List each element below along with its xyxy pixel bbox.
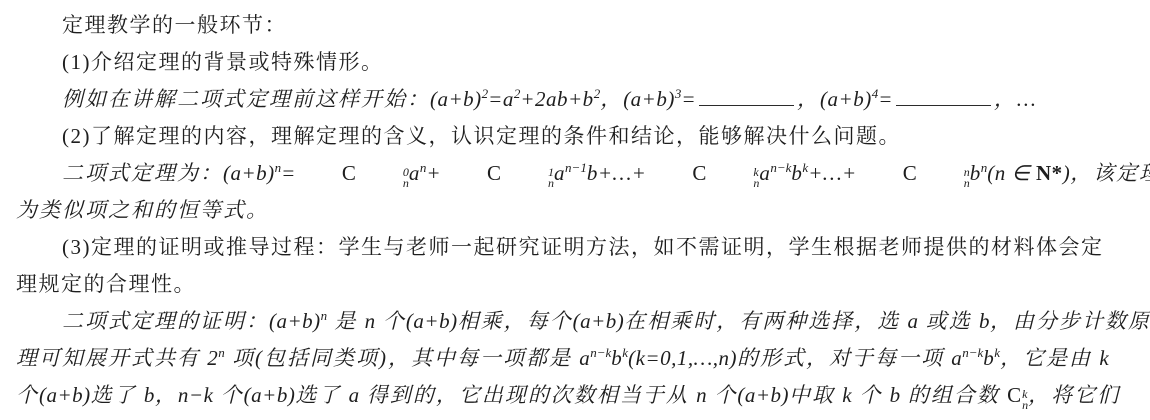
text-run: (2)了解定理的内容，理解定理的含义，认识定理的条件和结论，能够解决什么问题。 — [62, 124, 901, 148]
math-run: (a+b) — [269, 309, 321, 333]
text-run: 二项式定理为： — [62, 161, 223, 185]
superscript: n−k — [770, 160, 791, 175]
math-run: (n ∈ — [987, 161, 1036, 185]
math-run: +…+ — [598, 161, 647, 185]
math-run: (a+b) — [623, 87, 675, 111]
text-run: 或选 — [919, 309, 980, 333]
text-run: ，… — [994, 87, 1038, 111]
document-line-1: 定理教学的一般环节： — [16, 7, 1140, 44]
document-line-10: 理可知展开式共有 2n 项(包括同类项)，其中每一项都是 an−kbk(k=0,… — [16, 340, 1140, 377]
math-run: (a+b) — [737, 383, 789, 407]
text-run: 定理教学的一般环节： — [62, 13, 287, 37]
document-line-9: 二项式定理的证明：(a+b)n 是 n 个(a+b)相乘，每个(a+b)在相乘时… — [16, 303, 1140, 340]
text-run: 理规定的合理性。 — [16, 272, 196, 296]
math-run: b — [791, 161, 802, 185]
math-run: b — [611, 346, 622, 370]
math-run: b — [970, 161, 981, 185]
text-run: 在相乘时，有两种选择，选 — [624, 309, 907, 333]
document-line-7: (3)定理的证明或推导过程：学生与老师一起研究证明方法，如不需证明，学生根据老师… — [16, 229, 1140, 266]
combination-symbol: Cnn — [857, 155, 970, 192]
math-run: a — [759, 161, 770, 185]
math-run: (a+b) — [39, 383, 91, 407]
text-run: ，该定理给出两个数之和的整数次幂展开 — [1070, 161, 1150, 185]
math-run: b — [979, 309, 990, 333]
document-line-3: 例如在讲解二项式定理前这样开始：(a+b)2=a2+2ab+b2，(a+b)3=… — [16, 81, 1140, 118]
math-run: b — [587, 161, 598, 185]
text-run: 个 — [376, 309, 406, 333]
document-page: 定理教学的一般环节： (1)介绍定理的背景或特殊情形。 例如在讲解二项式定理前这… — [0, 0, 1150, 420]
fill-in-blank — [699, 103, 794, 106]
math-run: (k=0,1,…,n) — [628, 346, 737, 370]
math-run: b — [890, 383, 901, 407]
math-run: a — [951, 346, 962, 370]
math-run: (a+b) — [573, 309, 625, 333]
math-run: 2 — [207, 346, 218, 370]
math-run: = — [281, 161, 296, 185]
math-run: k — [842, 383, 852, 407]
math-run: (a+b) — [430, 87, 482, 111]
math-bold-run: N* — [1036, 161, 1063, 185]
math-run: (a+b) — [406, 309, 458, 333]
math-run: (a+b) — [820, 87, 872, 111]
text-run: 项(包括同类项)，其中每一项都是 — [225, 346, 580, 370]
document-line-4: (2)了解定理的内容，理解定理的含义，认识定理的条件和结论，能够解决什么问题。 — [16, 118, 1140, 155]
text-run: 个 — [852, 383, 890, 407]
text-run: ，它是由 — [1000, 346, 1099, 370]
math-run: n — [696, 383, 707, 407]
superscript: n−1 — [565, 160, 587, 175]
text-run: 个 — [707, 383, 737, 407]
text-run: ，由分步计数原 — [990, 309, 1150, 333]
text-run: (3)定理的证明或推导过程：学生与老师一起研究证明方法，如不需证明，学生根据老师… — [62, 235, 1103, 259]
document-line-11: 个(a+b)选了 b，n−k 个(a+b)选了 a 得到的，它出现的次数相当于从… — [16, 377, 1140, 414]
math-run: a — [908, 309, 919, 333]
math-run: +…+ — [808, 161, 857, 185]
text-run: (1)介绍定理的背景或特殊情形。 — [62, 50, 384, 74]
text-run: 选了 — [295, 383, 348, 407]
text-run: 为类似项之和的恒等式。 — [16, 198, 269, 222]
math-run: b — [144, 383, 155, 407]
text-run: ，将它们 — [1028, 383, 1120, 407]
text-run: 相乘，每个 — [458, 309, 573, 333]
text-run: 得到的，它出现的次数相当于从 — [360, 383, 697, 407]
document-line-2: (1)介绍定理的背景或特殊情形。 — [16, 44, 1140, 81]
fill-in-blank — [896, 103, 991, 106]
math-run: a — [554, 161, 565, 185]
document-line-8: 理规定的合理性。 — [16, 266, 1140, 303]
combination-symbol: Ckn — [646, 155, 759, 192]
text-run: 是 — [327, 309, 365, 333]
math-run: = — [878, 87, 893, 111]
math-run: a — [409, 161, 420, 185]
superscript: n−k — [590, 345, 611, 360]
text-run: 个 — [213, 383, 243, 407]
text-run: 中取 — [789, 383, 842, 407]
superscript: n−k — [962, 345, 983, 360]
math-run: n — [365, 309, 376, 333]
combination-symbol: C1n — [441, 155, 554, 192]
math-run: a — [579, 346, 590, 370]
text-run: 例如在讲解二项式定理前这样开始： — [62, 87, 430, 111]
combination-symbol: C0n — [296, 155, 409, 192]
text-run: 的组合数 — [901, 383, 1008, 407]
math-run: k — [1099, 346, 1109, 370]
text-run: 理可知展开式共有 — [16, 346, 207, 370]
combination-symbol: Ckn — [1007, 377, 1028, 414]
document-line-5: 二项式定理为：(a+b)n=C0nan+C1nan−1b+…+Cknan−kbk… — [16, 155, 1140, 192]
math-run: n−k — [178, 383, 214, 407]
text-run: 二项式定理的证明： — [62, 309, 269, 333]
text-run: ， — [600, 87, 623, 111]
document-line-6: 为类似项之和的恒等式。 — [16, 192, 1140, 229]
math-run: (a+b) — [223, 161, 275, 185]
math-run: (a+b) — [244, 383, 296, 407]
text-run: 的形式，对于每一项 — [737, 346, 951, 370]
math-run: + — [426, 161, 441, 185]
text-run: 选了 — [91, 383, 144, 407]
math-run: b — [983, 346, 994, 370]
math-run: +2ab+b — [520, 87, 593, 111]
text-run: ， — [797, 87, 820, 111]
math-run: = — [681, 87, 696, 111]
text-run: ， — [155, 383, 178, 407]
math-run: =a — [488, 87, 514, 111]
math-run: a — [349, 383, 360, 407]
text-run: 个 — [16, 383, 39, 407]
